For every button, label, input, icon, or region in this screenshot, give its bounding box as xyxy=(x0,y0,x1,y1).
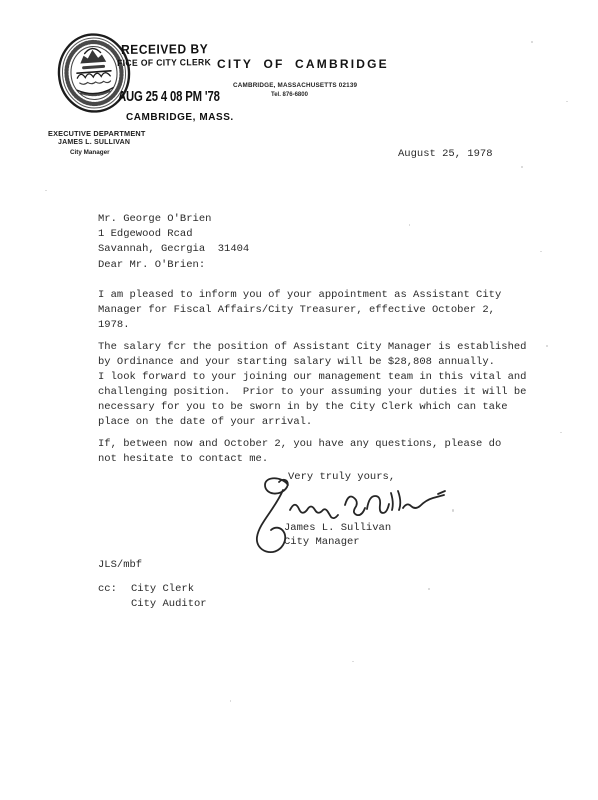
letterhead-address: CAMBRIDGE, MASSACHUSETTS 02139 xyxy=(233,82,357,89)
body-paragraph-4: If, between now and October 2, you have … xyxy=(98,437,501,467)
typist-initials: JLS/mbf xyxy=(98,558,142,573)
place-stamp: CAMBRIDGE, MASS. xyxy=(126,111,234,123)
official-title: City Manager xyxy=(70,149,110,156)
received-stamp-line2: FICE OF CITY CLERK xyxy=(117,57,211,68)
typed-signature-name: James L. Sullivan xyxy=(284,521,391,536)
letterhead-phone: Tel. 876-6800 xyxy=(271,92,308,98)
cc-label: cc: xyxy=(98,582,117,597)
official-name: JAMES L. SULLIVAN xyxy=(58,139,130,146)
recipient-address: Mr. George O'Brien 1 Edgewood Rcad Savan… xyxy=(98,212,249,257)
received-stamp-line1: RECEIVED BY xyxy=(121,41,208,57)
salutation: Dear Mr. O'Brien: xyxy=(98,258,205,273)
date-time-stamp: AUG 25 4 08 PM '78 xyxy=(118,89,220,105)
letter-date: August 25, 1978 xyxy=(398,147,493,162)
body-paragraph-2: The salary fcr the position of Assistant… xyxy=(98,340,526,370)
typed-signature-title: City Manager xyxy=(284,535,360,550)
department-label: EXECUTIVE DEPARTMENT xyxy=(48,129,146,138)
document-page: RECEIVED BY FICE OF CITY CLERK AUG 25 4 … xyxy=(0,0,598,800)
body-paragraph-3: I look forward to your joining our manag… xyxy=(98,370,526,430)
letterhead-title: CITY OF CAMBRIDGE xyxy=(217,57,389,71)
body-paragraph-1: I am pleased to inform you of your appoi… xyxy=(98,288,501,333)
cc-list: City Clerk City Auditor xyxy=(131,582,207,612)
